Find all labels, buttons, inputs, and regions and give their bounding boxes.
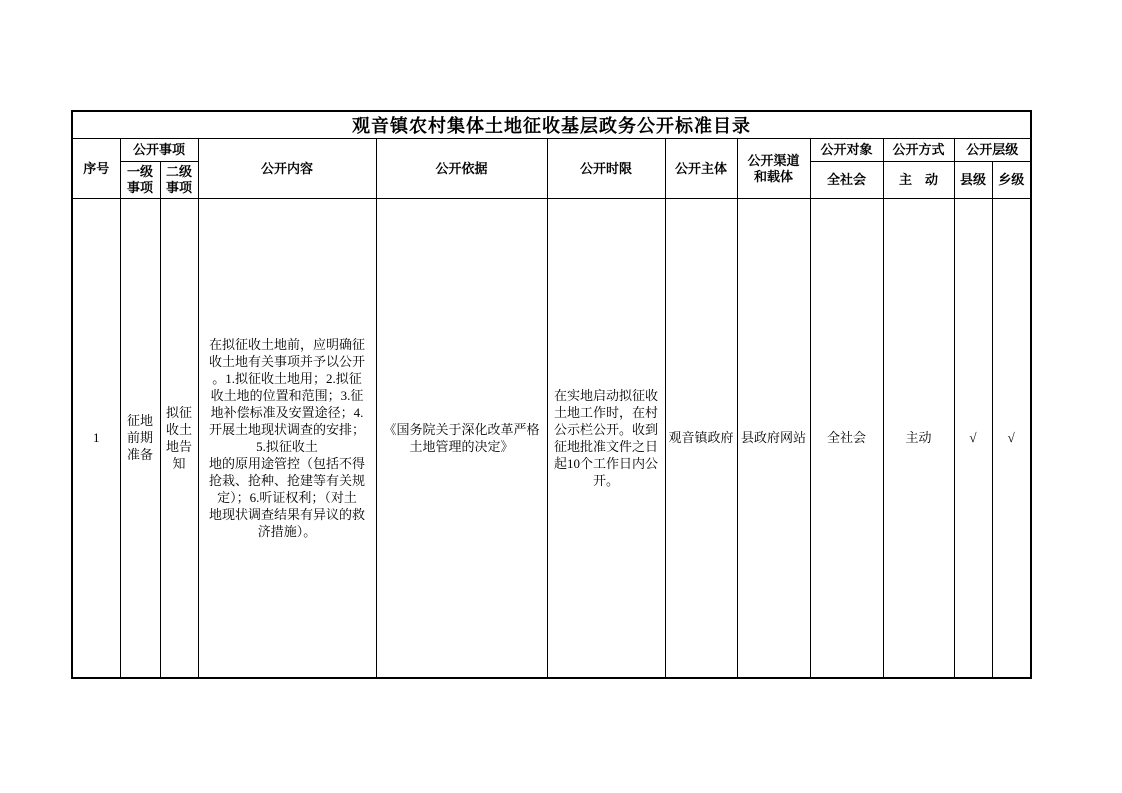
table-row: 1 征地 前期 准备 拟征 收土 地告 知 在拟征收土地前，应明确征 收土地有关… bbox=[72, 199, 1031, 678]
col-header-basis: 公开依据 bbox=[376, 139, 547, 199]
col-header-seq: 序号 bbox=[72, 139, 120, 199]
col-header-level: 公开层级 bbox=[954, 139, 1031, 162]
cell-channel: 县政府网站 bbox=[737, 199, 810, 678]
col-header-content: 公开内容 bbox=[198, 139, 376, 199]
col-header-secondary-item: 二级 事项 bbox=[160, 162, 198, 199]
col-header-disclosure-items: 公开事项 bbox=[120, 139, 198, 162]
cell-township-checkmark: √ bbox=[992, 199, 1031, 678]
header-row-top: 序号 公开事项 公开内容 公开依据 公开时限 公开主体 公开渠道 和载体 公开对… bbox=[72, 139, 1031, 162]
col-header-audience: 公开对象 bbox=[810, 139, 883, 162]
table-title: 观音镇农村集体土地征收基层政务公开标准目录 bbox=[72, 111, 1031, 139]
col-header-subject: 公开主体 bbox=[665, 139, 737, 199]
cell-method: 主动 bbox=[883, 199, 954, 678]
col-header-channel: 公开渠道 和载体 bbox=[737, 139, 810, 199]
cell-secondary-item: 拟征 收土 地告 知 bbox=[160, 199, 198, 678]
col-header-audience-sub: 全社会 bbox=[810, 162, 883, 199]
cell-seq: 1 bbox=[72, 199, 120, 678]
cell-basis: 《国务院关于深化改革严格 土地管理的决定》 bbox=[376, 199, 547, 678]
col-header-primary-item: 一级 事项 bbox=[120, 162, 160, 199]
cell-county-checkmark: √ bbox=[954, 199, 992, 678]
col-header-method: 公开方式 bbox=[883, 139, 954, 162]
cell-subject: 观音镇政府 bbox=[665, 199, 737, 678]
col-header-method-sub: 主 动 bbox=[883, 162, 954, 199]
document-page: 观音镇农村集体土地征收基层政务公开标准目录 序号 公开事项 公开内容 公开依据 … bbox=[0, 0, 1122, 793]
cell-content: 在拟征收土地前，应明确征 收土地有关事项并予以公开 。1.拟征收土地用；2.拟征… bbox=[198, 199, 376, 678]
cell-audience: 全社会 bbox=[810, 199, 883, 678]
col-header-level-township: 乡级 bbox=[992, 162, 1031, 199]
cell-primary-item: 征地 前期 准备 bbox=[120, 199, 160, 678]
disclosure-standards-table: 观音镇农村集体土地征收基层政务公开标准目录 序号 公开事项 公开内容 公开依据 … bbox=[71, 110, 1032, 679]
col-header-level-county: 县级 bbox=[954, 162, 992, 199]
col-header-time-limit: 公开时限 bbox=[547, 139, 665, 199]
cell-time-limit: 在实地启动拟征收 土地工作时，在村 公示栏公开。收到 征地批准文件之日 起10个… bbox=[547, 199, 665, 678]
title-row: 观音镇农村集体土地征收基层政务公开标准目录 bbox=[72, 111, 1031, 139]
